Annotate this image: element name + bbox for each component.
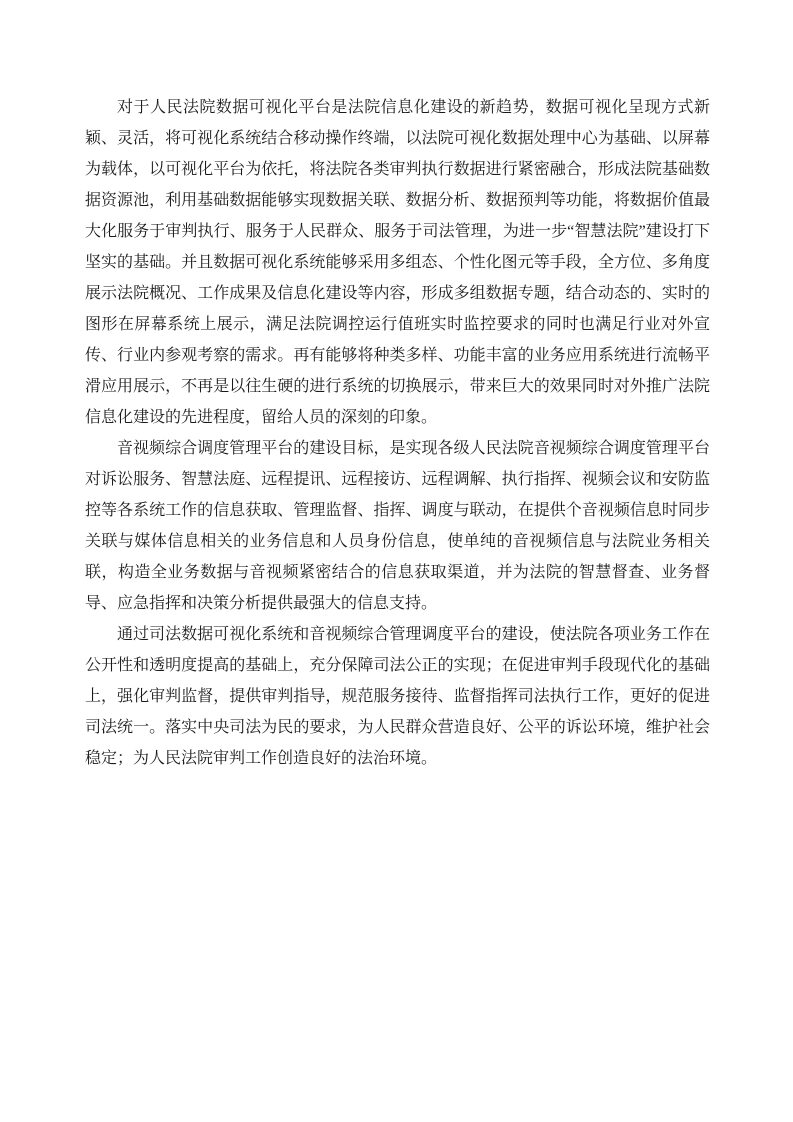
paragraph-summary: 通过司法数据可视化系统和音视频综合管理调度平台的建设，使法院各项业务工作在公开性…: [85, 619, 710, 774]
text-block: 对于人民法院数据可视化平台是法院信息化建设的新趋势，数据可视化呈现方式新颖、灵活…: [85, 92, 710, 774]
document-page: 对于人民法院数据可视化平台是法院信息化建设的新趋势，数据可视化呈现方式新颖、灵活…: [0, 0, 793, 1122]
paragraph-data-visualization: 对于人民法院数据可视化平台是法院信息化建设的新趋势，数据可视化呈现方式新颖、灵活…: [85, 92, 710, 433]
paragraph-audio-video-platform: 音视频综合调度管理平台的建设目标，是实现各级人民法院音视频综合调度管理平台对诉讼…: [85, 433, 710, 619]
